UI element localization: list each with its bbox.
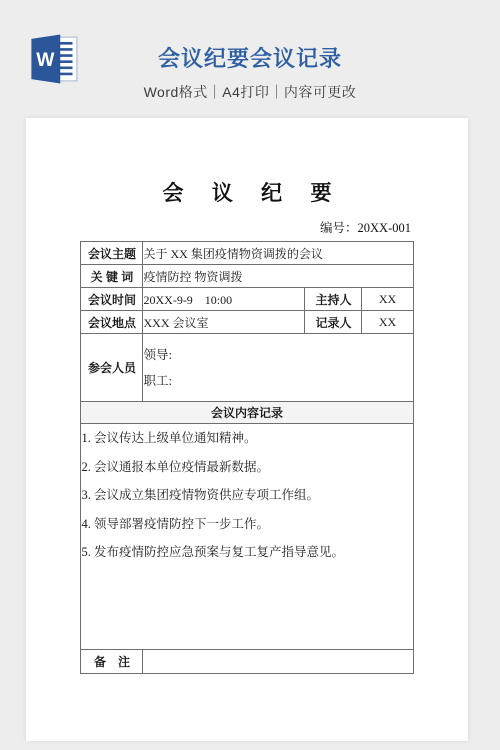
keywords-label: 关 键 词 xyxy=(81,265,143,288)
table-row-place: 会议地点 XXX 会议室 记录人 XX xyxy=(81,311,413,334)
document-title: 会 议 纪 要 xyxy=(26,177,468,207)
svg-text:W: W xyxy=(36,50,55,71)
document-page: 会 议 纪 要 编号：20XX-001 会议主题 关于 XX 集团疫情物资调拨的… xyxy=(26,118,468,741)
content-item-1: 1. 会议传达上级单位通知精神。 xyxy=(81,424,412,453)
content-item-5: 5. 发布疫情防控应急预案与复工复产指导意见。 xyxy=(81,538,412,567)
host-label: 主持人 xyxy=(305,288,362,311)
table-row-attendees: 参会人员 领导: 职工: xyxy=(81,334,413,402)
remark-label: 备 注 xyxy=(81,650,143,674)
table-row-theme: 会议主题 关于 XX 集团疫情物资调拨的会议 xyxy=(81,242,413,265)
content-item-4: 4. 领导部署疫情防控下一步工作。 xyxy=(81,510,412,539)
recorder-label: 记录人 xyxy=(305,311,362,334)
table-row-time: 会议时间 20XX-9-9 10:00 主持人 XX xyxy=(81,288,413,311)
host-value: XX xyxy=(362,288,413,311)
attendees-label: 参会人员 xyxy=(81,334,143,402)
attendees-leaders-line: 领导: xyxy=(143,342,412,368)
content-item-2: 2. 会议通报本单位疫情最新数据。 xyxy=(81,453,412,482)
theme-label: 会议主题 xyxy=(81,242,143,265)
remark-value xyxy=(143,650,413,674)
time-label: 会议时间 xyxy=(81,288,143,311)
template-preview: { "colors": { "page_background": "#edede… xyxy=(0,0,500,750)
table-row-content-header: 会议内容记录 xyxy=(81,402,413,424)
document-number: 编号：20XX-001 xyxy=(81,218,413,236)
table-row-keywords: 关 键 词 疫情防控 物资调拨 xyxy=(81,265,413,288)
content-cell: 1. 会议传达上级单位通知精神。 2. 会议通报本单位疫情最新数据。 3. 会议… xyxy=(81,424,413,650)
keywords-value: 疫情防控 物资调拨 xyxy=(143,265,413,288)
theme-value: 关于 XX 集团疫情物资调拨的会议 xyxy=(143,242,413,265)
table-row-remark: 备 注 xyxy=(81,650,413,674)
word-file-icon: W xyxy=(27,31,83,87)
place-value: XXX 会议室 xyxy=(143,311,305,334)
recorder-value: XX xyxy=(362,311,413,334)
header-banner: W 会议纪要会议记录 Word格式｜A4打印｜内容可更改 xyxy=(0,0,500,118)
attendees-value: 领导: 职工: xyxy=(143,334,413,402)
attendees-staff-line: 职工: xyxy=(143,368,412,394)
content-item-3: 3. 会议成立集团疫情物资供应专项工作组。 xyxy=(81,481,412,510)
place-label: 会议地点 xyxy=(81,311,143,334)
content-header: 会议内容记录 xyxy=(81,402,413,424)
table-row-content: 1. 会议传达上级单位通知精神。 2. 会议通报本单位疫情最新数据。 3. 会议… xyxy=(81,424,413,650)
time-value: 20XX-9-9 10:00 xyxy=(143,288,305,311)
meeting-minutes-table: 会议主题 关于 XX 集团疫情物资调拨的会议 关 键 词 疫情防控 物资调拨 会… xyxy=(80,241,413,674)
